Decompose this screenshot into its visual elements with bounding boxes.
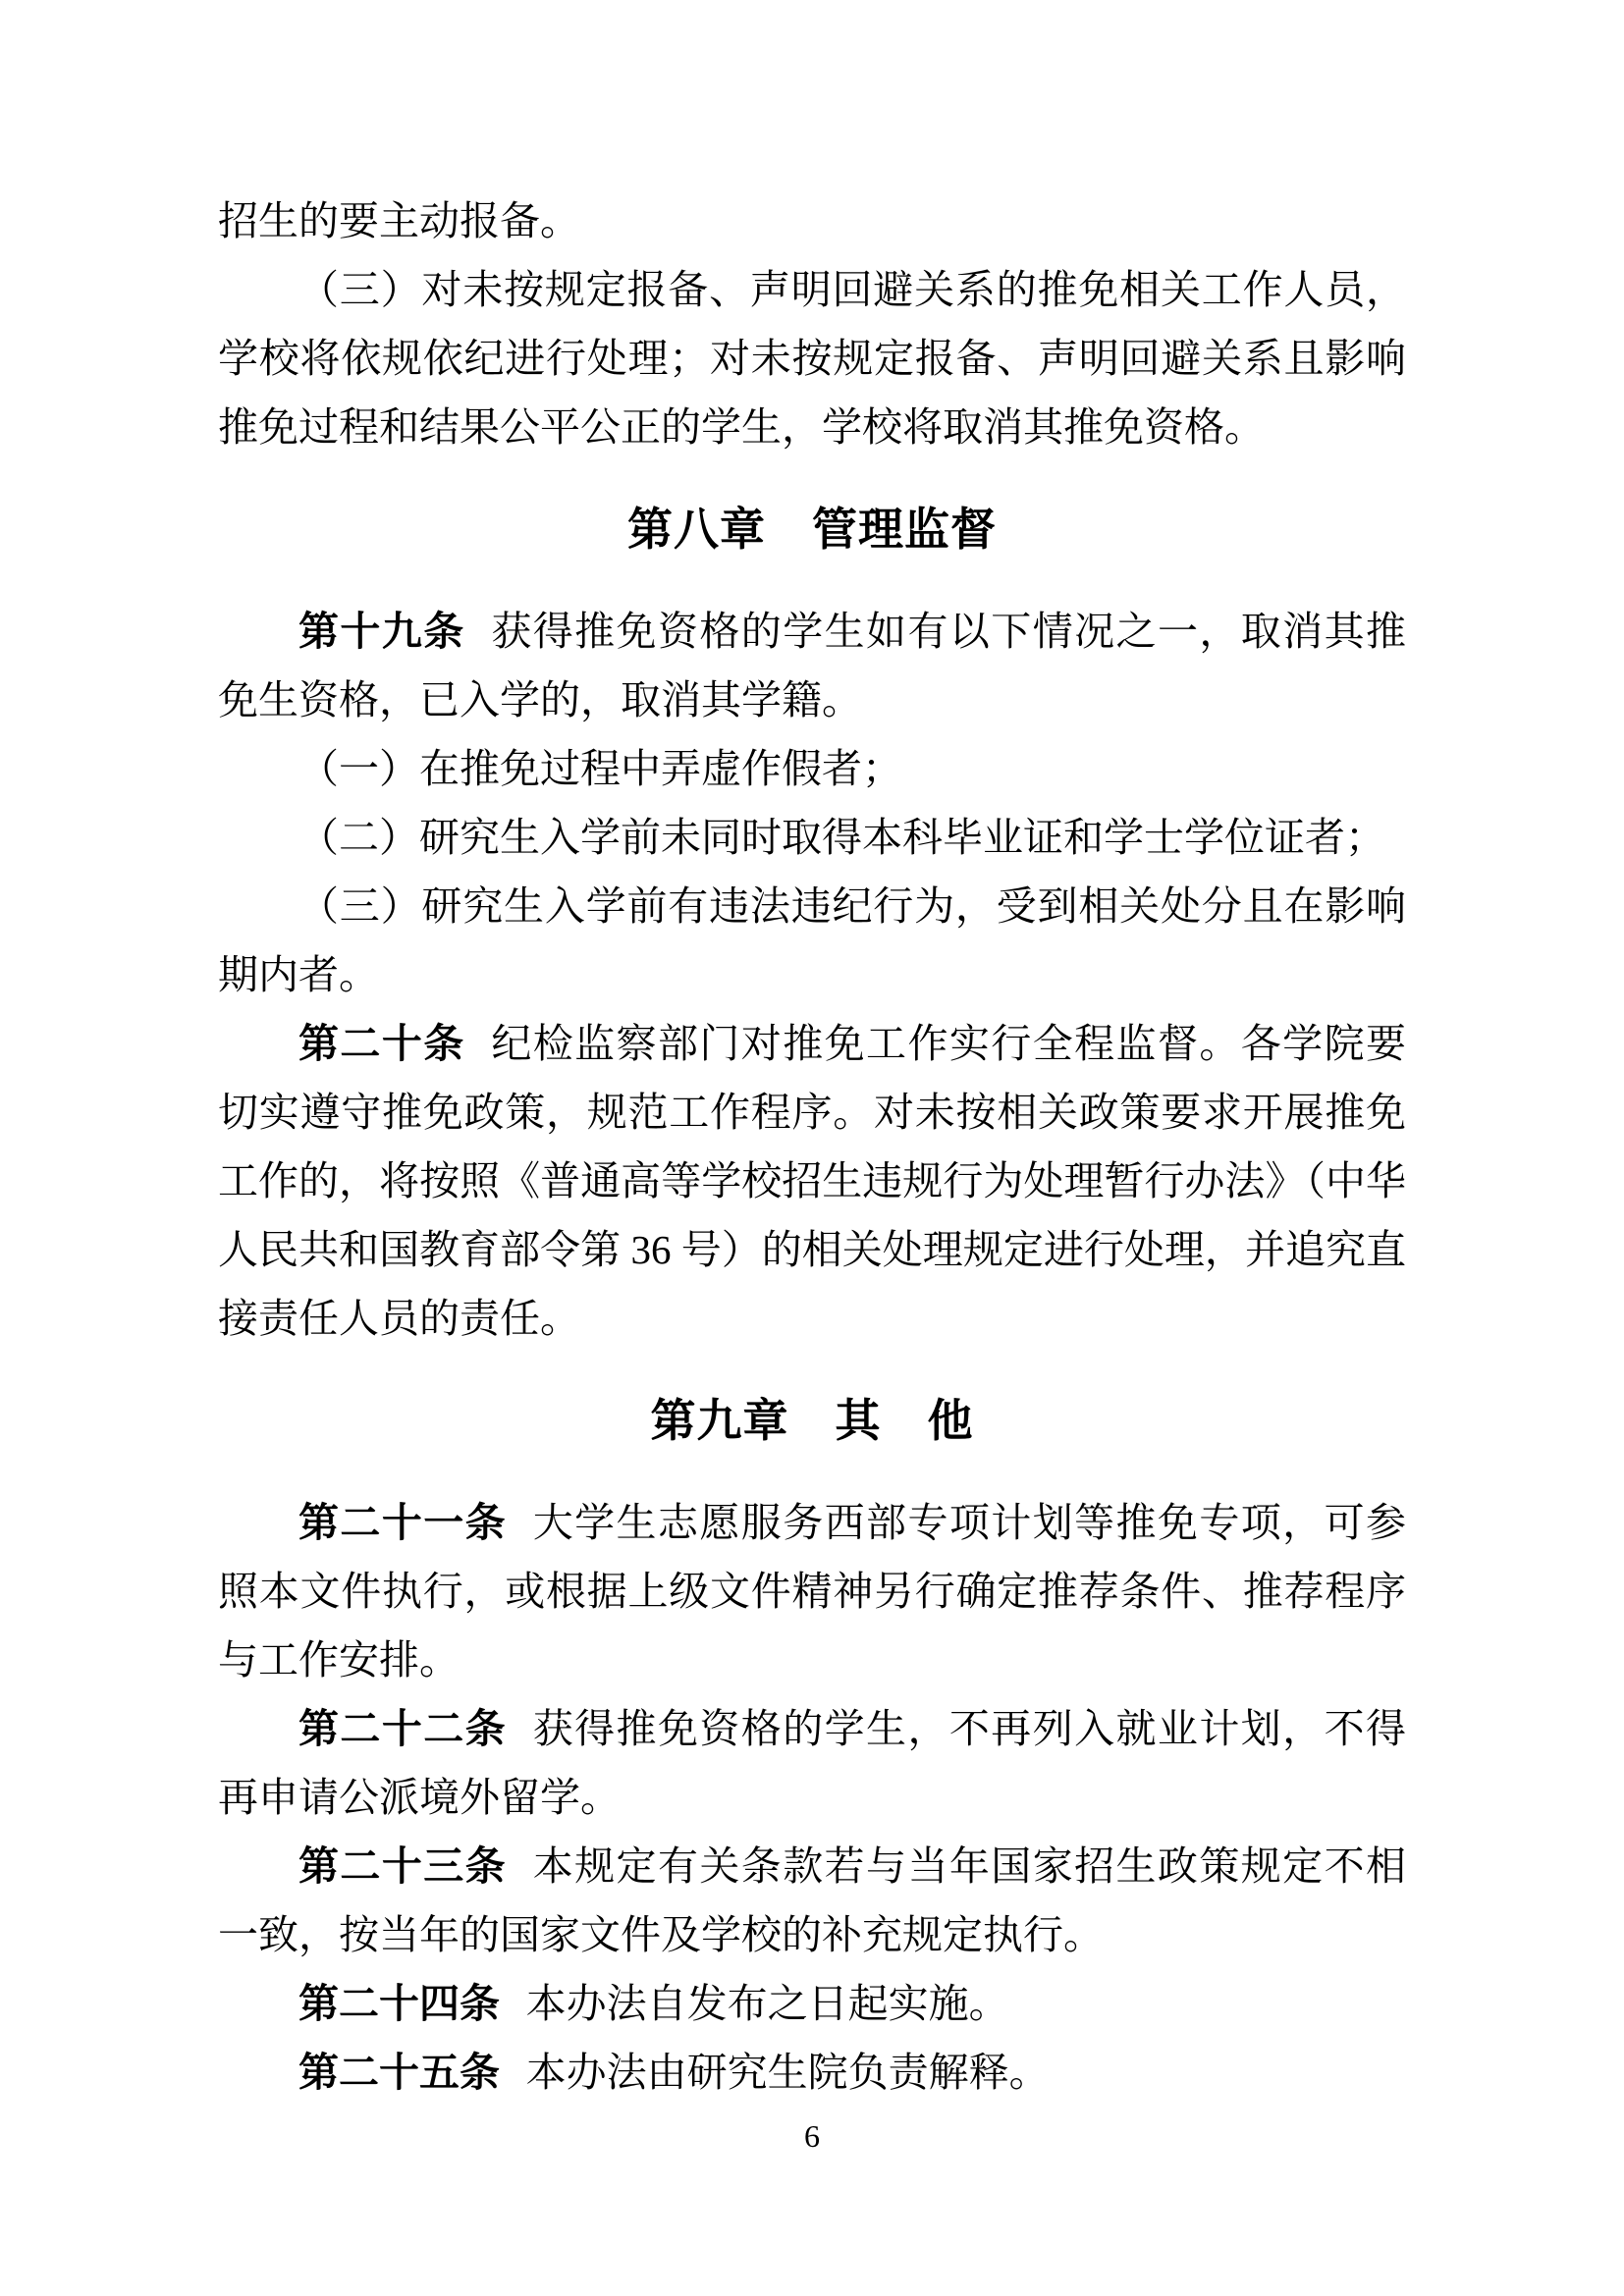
article-number: 第二十四条 <box>298 1981 500 2026</box>
paragraph: 第二十四条本办法自发布之日起实施。 <box>218 1969 1406 2038</box>
paragraph: （一）在推免过程中弄虚作假者； <box>218 734 1406 803</box>
article-number: 第二十条 <box>298 1021 465 1066</box>
page-footer: 6 <box>0 2116 1624 2156</box>
chapter-heading: 第九章 其 他 <box>218 1386 1406 1455</box>
paragraph: 第二十五条本办法由研究生院负责解释。 <box>218 2038 1406 2107</box>
paragraph: 第二十条纪检监察部门对推免工作实行全程监督。各学院要切实遵守推免政策，规范工作程… <box>218 1009 1406 1353</box>
paragraph: 第二十一条大学生志愿服务西部专项计划等推免专项，可参照本文件执行，或根据上级文件… <box>218 1488 1406 1694</box>
article-number: 第二十五条 <box>298 2050 500 2095</box>
paragraph: （三）对未按规定报备、声明回避关系的推免相关工作人员，学校将依规依纪进行处理；对… <box>218 255 1406 461</box>
paragraph: 招生的要主动报备。 <box>218 187 1406 255</box>
paragraph: 第二十二条获得推免资格的学生，不再列入就业计划，不得再申请公派境外留学。 <box>218 1694 1406 1832</box>
document-page: 招生的要主动报备。（三）对未按规定报备、声明回避关系的推免相关工作人员，学校将依… <box>0 0 1624 2296</box>
article-number: 第二十一条 <box>298 1500 507 1545</box>
article-number: 第二十三条 <box>298 1843 507 1889</box>
paragraph: 第十九条获得推免资格的学生如有以下情况之一，取消其推免生资格，已入学的，取消其学… <box>218 597 1406 734</box>
paragraph: （二）研究生入学前未同时取得本科毕业证和学士学位证者； <box>218 803 1406 872</box>
article-number: 第十九条 <box>298 609 465 654</box>
article-number: 第二十二条 <box>298 1706 507 1751</box>
chapter-heading: 第八章 管理监督 <box>218 495 1406 563</box>
page-number: 6 <box>804 2118 820 2154</box>
document-body: 招生的要主动报备。（三）对未按规定报备、声明回避关系的推免相关工作人员，学校将依… <box>218 187 1406 2107</box>
paragraph: （三）研究生入学前有违法违纪行为，受到相关处分且在影响期内者。 <box>218 872 1406 1009</box>
paragraph: 第二十三条本规定有关条款若与当年国家招生政策规定不相一致，按当年的国家文件及学校… <box>218 1832 1406 1969</box>
